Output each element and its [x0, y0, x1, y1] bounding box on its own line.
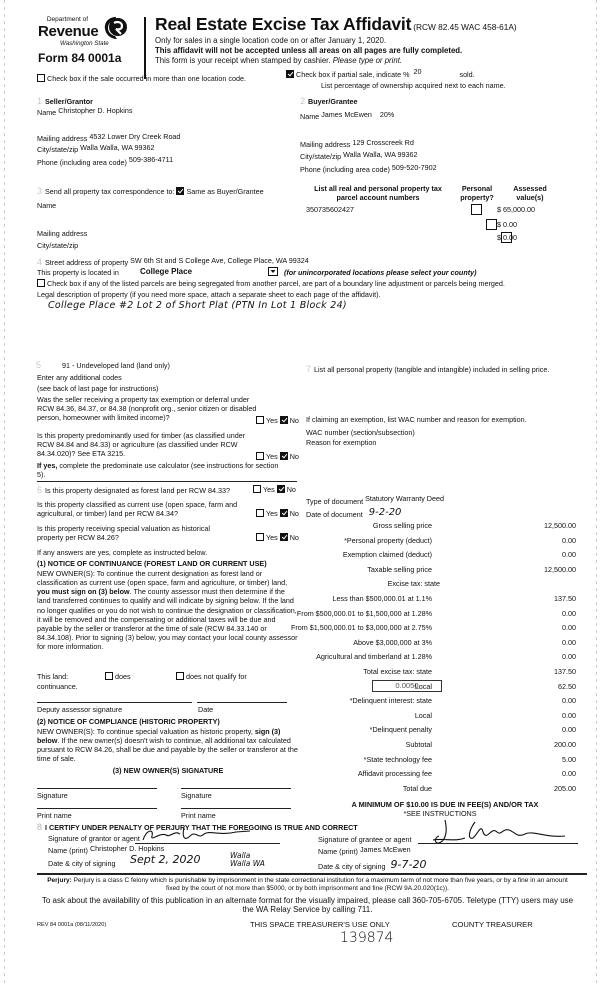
q-exemption-yes[interactable] — [256, 416, 264, 424]
owner-print-line-2[interactable] — [181, 808, 291, 809]
scan-edge — [4, 0, 5, 984]
tax-row-value[interactable]: 0.00 — [562, 696, 576, 705]
grantor-signature — [140, 826, 260, 844]
q-timber-note: If yes, complete the predominate use cal… — [37, 461, 287, 479]
deputy-date-label: Date — [198, 705, 213, 714]
correspondence-city-field[interactable]: City/state/zip — [37, 241, 78, 250]
does-not-checkbox[interactable] — [176, 672, 184, 680]
does-option[interactable]: does — [105, 672, 131, 681]
header-line2: This affidavit will not be accepted unle… — [155, 46, 462, 56]
tax-row: Local 62.50 — [300, 682, 590, 693]
grantee-sig-field[interactable]: Signature of grantee or agent — [318, 835, 412, 844]
tax-row: Total excise tax: state 137.50 — [300, 667, 590, 678]
header-line3: This form is your receipt when stamped b… — [155, 56, 402, 66]
tax-row: Excise tax: state — [300, 579, 590, 590]
notice1-text: NEW OWNER(S): To continue the current de… — [37, 569, 299, 651]
grantee-date: 9-7-20 — [391, 858, 427, 871]
tax-row-value[interactable]: 0.00 — [562, 623, 576, 632]
seller-phone-field[interactable]: Phone (including area code) 509-386-4711 — [37, 158, 173, 167]
tax-row-label: *Delinquent penalty — [370, 725, 432, 734]
multi-location-check[interactable]: Check box if the sale occurred in more t… — [37, 74, 246, 83]
section-divider — [37, 481, 297, 482]
tax-row-value[interactable]: 0.00 — [562, 638, 576, 647]
tax-row-value[interactable]: 0.00 — [562, 609, 576, 618]
deputy-sig-line[interactable] — [37, 702, 192, 703]
personal-property-checkbox[interactable] — [486, 219, 497, 230]
footer-divider — [37, 873, 587, 875]
partial-sale-checkbox[interactable] — [286, 70, 294, 78]
tax-row: *Personal property (deduct) 0.00 — [300, 536, 590, 547]
personal-property-label: 7List all personal property (tangible an… — [306, 364, 566, 375]
tax-row: Less than $500,000.01 at 1.1% 137.50 — [300, 594, 590, 605]
dor-logo-icon — [103, 16, 129, 40]
agency-state: Washington State — [60, 40, 109, 48]
grantor-city[interactable]: Walla Walla WA — [230, 852, 270, 867]
tax-row: Taxable selling price 12,500.00 — [300, 565, 590, 576]
tax-row-label: Total excise tax: state — [363, 667, 432, 676]
title-ref: (RCW 82.45 WAC 458-61A) — [413, 22, 516, 32]
assessed-value[interactable]: $ 0.00 — [497, 233, 517, 242]
correspondence-name-field[interactable]: Name — [37, 201, 56, 210]
grantee-signature — [425, 818, 575, 850]
buyer-mailing-field[interactable]: Mailing address 129 Crosscreek Rd — [300, 140, 414, 149]
property-street: SW 6th St and S College Ave, College Pla… — [130, 256, 309, 265]
buyer-city: Walla Walla, WA 99362 — [343, 150, 417, 159]
tax-row-label: Subtotal — [406, 740, 432, 749]
exemption-label: If claiming an exemption, list WAC numbe… — [306, 415, 527, 424]
same-as-buyer-checkbox[interactable] — [176, 187, 184, 195]
parcel-col-header: List all real and personal property tax … — [308, 184, 448, 202]
q-current-use-yes[interactable] — [256, 509, 264, 517]
tax-row: Above $3,000,000 at 3% 0.00 — [300, 638, 590, 649]
see-instructions: *SEE INSTRUCTIONS — [300, 809, 580, 818]
owner-sig-label-2: Signature — [181, 791, 212, 800]
owner-print-line-1[interactable] — [37, 808, 157, 809]
parcel-table: 350735602427 $ 65,000.00 $ 0.00 $ 0.00 — [0, 0, 600, 12]
q-forest: 6Is this property designated as forest l… — [37, 485, 230, 496]
does-not-option[interactable]: does not qualify for — [176, 672, 247, 681]
q-current-use-no[interactable] — [280, 509, 288, 517]
located-in-select[interactable]: College Place — [140, 267, 192, 277]
tax-row: From $1,500,000.01 to $3,000,000 at 2.75… — [300, 623, 590, 634]
tax-row-label: From $500,000.01 to $1,500,000 at 1.28% — [297, 609, 432, 618]
tax-row-label: Less than $500,000.01 at 1.1% — [332, 594, 432, 603]
wac-field[interactable]: WAC number (section/subsection) — [306, 428, 415, 437]
buyer-name: James McEwen — [321, 110, 372, 119]
tax-row: Affidavit processing fee 0.00 — [300, 769, 590, 780]
grantor-name: Christopher D. Hopkins — [90, 844, 164, 853]
seller-city-field[interactable]: City/state/zip Walla Walla, WA 99362 — [37, 145, 154, 154]
segregated-check[interactable]: Check box if any of the listed parcels a… — [37, 279, 505, 288]
county-treasurer: COUNTY TREASURER — [452, 920, 533, 929]
doc-date: 9-2-20 — [369, 507, 402, 518]
q-timber-yes[interactable] — [256, 452, 264, 460]
rev-number: REV 84 0001a (08/11/2020) — [37, 922, 106, 929]
tax-row: Local 0.00 — [300, 711, 590, 722]
tax-row-value[interactable]: 0.00 — [562, 711, 576, 720]
owner-sig-line-2[interactable] — [181, 788, 291, 789]
tax-row: *State technology fee 5.00 — [300, 755, 590, 766]
q-historic-answer: Yes No — [256, 533, 299, 542]
seller-mailing-field[interactable]: Mailing address 4532 Lower Dry Creek Roa… — [37, 134, 180, 143]
notice3-heading: (3) NEW OWNER(S) SIGNATURE — [37, 766, 299, 775]
q-exemption-answer: Yes No — [256, 416, 299, 425]
multi-location-checkbox[interactable] — [37, 74, 45, 82]
owner-sig-line-1[interactable] — [37, 788, 157, 789]
correspondence-row: 3Send all property tax correspondence to… — [37, 186, 264, 197]
seller-name: Christopher D. Hopkins — [58, 106, 132, 115]
ownership-note: List percentage of ownership acquired ne… — [321, 81, 506, 90]
notice1-heading: (1) NOTICE OF CONTINUANCE (FOREST LAND O… — [37, 559, 267, 568]
located-note: (for unincorporated locations please sel… — [284, 268, 477, 277]
buyer-phone: 509-520-7902 — [392, 163, 437, 172]
personal-property-checkbox[interactable] — [471, 204, 482, 215]
tax-row-label: Affidavit processing fee — [358, 769, 432, 778]
q-current-use-answer: Yes No — [256, 509, 299, 518]
buyer-pct: 20% — [380, 110, 394, 119]
tax-row-value[interactable]: 0.00 — [562, 536, 576, 545]
tax-row-value[interactable]: 0.00 — [562, 550, 576, 559]
continuance-label: continuance. — [37, 682, 78, 691]
grantee-name: James McEwen — [360, 845, 411, 854]
tax-row-label: Local — [415, 711, 432, 720]
q-exemption: Was the seller receiving a property tax … — [37, 395, 262, 422]
seller-city: Walla Walla, WA 99362 — [80, 143, 154, 152]
buyer-mailing: 129 Crosscreek Rd — [352, 138, 414, 147]
legal-label: Legal description of property (if you ne… — [37, 290, 380, 299]
doc-date-field[interactable]: Date of document 9-2-20 — [306, 509, 401, 522]
doc-type: Statutory Warranty Deed — [365, 494, 444, 503]
tax-row: Agricultural and timberland at 1.28% 0.0… — [300, 652, 590, 663]
additional-codes-note: (see back of last page for instructions) — [37, 384, 158, 393]
seller-phone: 509-386-4711 — [129, 155, 173, 164]
form-title: Real Estate Excise Tax Affidavit (RCW 82… — [155, 14, 517, 36]
tax-row-label: Exemption claimed (deduct) — [343, 550, 432, 559]
seller-mailing: 4532 Lower Dry Creek Road — [89, 132, 180, 141]
partial-sale-check[interactable]: Check box if partial sale, indicate % 20… — [286, 70, 475, 79]
land-use-code: 91 - Undeveloped land (land only) — [62, 361, 170, 370]
owner-print-label-1: Print name — [37, 811, 72, 820]
q-current-use: Is this property classified as current u… — [37, 500, 252, 518]
grantee-sig-line — [418, 843, 578, 844]
tax-row-value[interactable]: 0.00 — [562, 652, 576, 661]
tax-row-label: Agricultural and timberland at 1.28% — [316, 652, 432, 661]
minimum-note: A MINIMUM OF $10.00 IS DUE IN FEE(S) AND… — [300, 800, 590, 809]
tax-row: Exemption claimed (deduct) 0.00 — [300, 550, 590, 561]
partial-sale-percent[interactable]: 20 — [413, 67, 421, 76]
segregated-checkbox[interactable] — [37, 279, 45, 287]
additional-codes-label: Enter any additional codes — [37, 373, 122, 382]
grantee-date-field[interactable]: Date & city of signing 9-7-20 — [318, 859, 426, 873]
tax-row-label: Taxable selling price — [367, 565, 432, 574]
header-divider — [144, 17, 146, 79]
tax-row: From $500,000.01 to $1,500,000 at 1.28% … — [300, 609, 590, 620]
q-timber-no[interactable] — [280, 452, 288, 460]
perjury-note: Perjury: Perjury is a class C felony whi… — [40, 877, 575, 893]
treasurer-use: THIS SPACE TREASURER'S USE ONLY — [250, 920, 390, 929]
tax-row-value[interactable]: 137.50 — [554, 667, 576, 676]
deputy-date-line[interactable] — [197, 702, 287, 703]
tax-row-value[interactable]: 12,500.00 — [544, 521, 576, 530]
grantor-sig-field[interactable]: Signature of grantor or agent — [48, 834, 140, 843]
header-line1: Only for sales in a single location code… — [155, 36, 386, 46]
assessed-value[interactable]: $ 65,000.00 — [497, 205, 535, 214]
tax-row-value[interactable]: 0.00 — [562, 725, 576, 734]
tax-row-label: *Delinquent interest: state — [350, 696, 432, 705]
tax-row: *Delinquent penalty 0.00 — [300, 725, 590, 736]
q-historic: Is this property receiving special valua… — [37, 524, 237, 542]
reason-field[interactable]: Reason for exemption — [306, 438, 376, 447]
owner-print-label-2: Print name — [181, 811, 216, 820]
q-historic-yes[interactable] — [256, 533, 264, 541]
tax-row: Gross selling price 12,500.00 — [300, 521, 590, 532]
if-yes-note: If any answers are yes, complete as inst… — [37, 548, 207, 557]
tax-row-value[interactable]: 62.50 — [558, 682, 576, 691]
tax-row-label: Excise tax: state — [388, 579, 440, 588]
buyer-city-field[interactable]: City/state/zip Walla Walla, WA 99362 — [300, 152, 417, 161]
buyer-name-field[interactable]: Name James McEwen 20% — [300, 112, 394, 121]
doc-type-field[interactable]: Type of document Statutory Warranty Deed — [306, 497, 444, 506]
buyer-heading: 2Buyer/Grantee — [300, 96, 358, 107]
correspondence-mailing-field[interactable]: Mailing address — [37, 229, 87, 238]
q-historic-no[interactable] — [280, 533, 288, 541]
chevron-down-icon — [269, 268, 277, 275]
tax-row-label: From $1,500,000.01 to $3,000,000 at 2.75… — [291, 623, 432, 632]
tax-row-label: *Personal property (deduct) — [344, 536, 432, 545]
tax-row-label: Gross selling price — [373, 521, 432, 530]
assessed-col-header: Assessed value(s) — [510, 184, 550, 202]
assessed-value[interactable]: $ 0.00 — [497, 220, 517, 229]
q-forest-answer: Yes No — [253, 485, 296, 494]
grantee-name-field[interactable]: Name (print) James McEwen — [318, 847, 411, 856]
located-in-label: This property is located in — [37, 268, 119, 277]
q-forest-no[interactable] — [277, 485, 285, 493]
tax-row: Subtotal 200.00 — [300, 740, 590, 751]
county-dropdown-button[interactable] — [268, 267, 278, 276]
q-exemption-no[interactable] — [280, 416, 288, 424]
q-timber-answer: Yes No — [256, 452, 299, 461]
receipt-number: 139874 — [340, 930, 393, 948]
tax-row-value[interactable]: 5.00 — [562, 755, 576, 764]
does-checkbox[interactable] — [105, 672, 113, 680]
agency-name: Revenue — [38, 23, 98, 42]
personal-col-header: Personal property? — [455, 184, 499, 202]
owner-sig-label-1: Signature — [37, 791, 68, 800]
tax-row-value[interactable]: 0.00 — [562, 769, 576, 778]
legal-description[interactable]: College Place #2 Lot 2 of Short Plat (PT… — [48, 300, 347, 312]
title-text: Real Estate Excise Tax Affidavit — [155, 14, 411, 34]
seller-name-field[interactable]: Name Christopher D. Hopkins — [37, 108, 133, 117]
tax-row: *Delinquent interest: state 0.00 — [300, 696, 590, 707]
land-use-code-row[interactable]: 591 - Undeveloped land (land only) — [36, 360, 170, 371]
deputy-sig-label: Deputy assessor signature — [37, 705, 122, 714]
q-forest-yes[interactable] — [253, 485, 261, 493]
alt-format-note: To ask about the availability of this pu… — [40, 896, 575, 914]
local-rate-field[interactable]: 0.0050 — [372, 680, 442, 692]
form-number: Form 84 0001a — [38, 51, 121, 66]
grantor-date-label: Date & city of signing — [48, 859, 116, 868]
this-land-label: This land: — [37, 672, 68, 681]
tax-row-label: Above $3,000,000 at 3% — [353, 638, 432, 647]
tax-row-value[interactable]: 205.00 — [554, 784, 576, 793]
tax-row-label: Total due — [403, 784, 432, 793]
tax-row-value[interactable]: 200.00 — [554, 740, 576, 749]
notice2-heading: (2) NOTICE OF COMPLIANCE (HISTORIC PROPE… — [37, 717, 220, 726]
grantor-date[interactable]: Sept 2, 2020 — [130, 853, 201, 867]
tax-row-value[interactable]: 137.50 — [554, 594, 576, 603]
tax-row-label: *State technology fee — [364, 755, 432, 764]
tax-row: Total due 205.00 — [300, 784, 590, 795]
q-timber: Is this property predominantly used for … — [37, 431, 252, 458]
tax-row-value[interactable]: 12,500.00 — [544, 565, 576, 574]
scan-edge — [596, 0, 597, 984]
notice2-text: NEW OWNER(S): To continue special valuat… — [37, 727, 299, 764]
buyer-phone-field[interactable]: Phone (including area code) 509-520-7902 — [300, 165, 437, 174]
parcel-number[interactable]: 350735602427 — [306, 205, 354, 214]
